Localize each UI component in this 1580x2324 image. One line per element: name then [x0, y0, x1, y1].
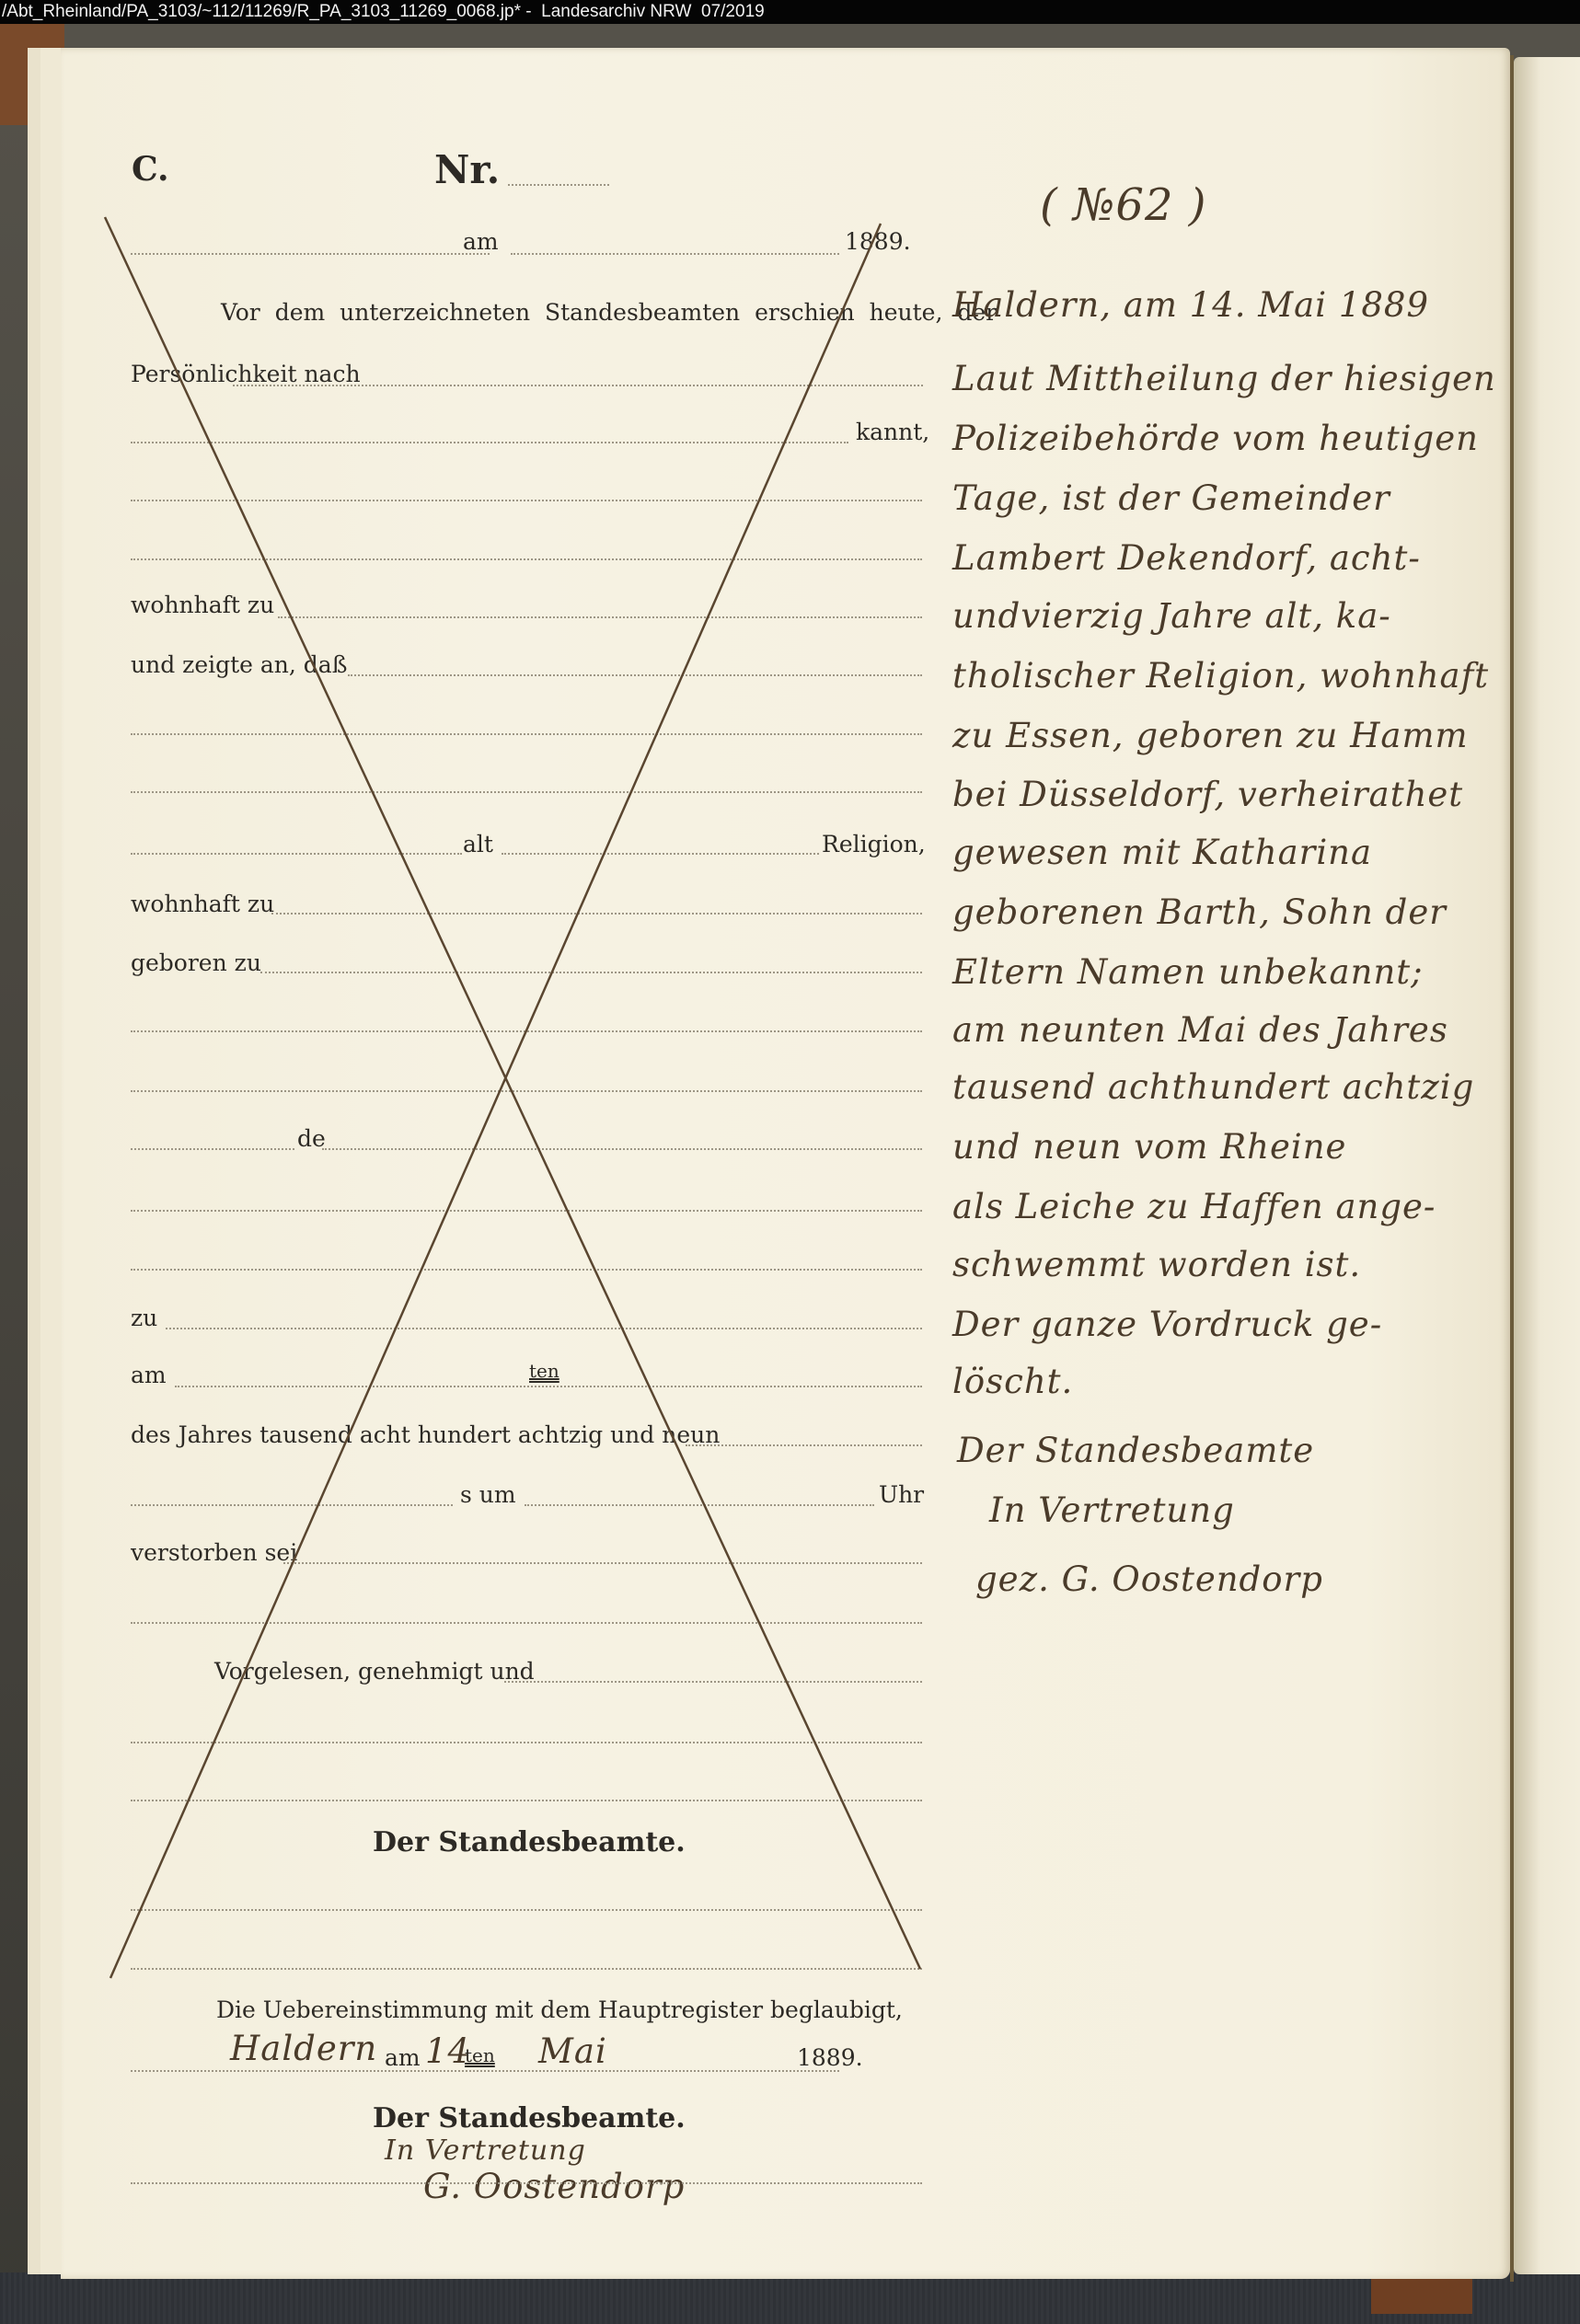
archive-title-bar: /Abt_Rheinland/PA_3103/~112/11269/R_PA_3…	[0, 0, 1580, 24]
entry-line: Haldern, am 14. Mai 1889	[952, 285, 1429, 325]
entry-line: zu Essen, geboren zu Hamm	[952, 716, 1469, 755]
entry-line: schwemmt worden ist.	[952, 1245, 1361, 1284]
entry-line: Tage, ist der Gemeinder	[952, 478, 1390, 518]
entry-line: am neunten Mai des Jahres	[952, 1010, 1448, 1050]
entry-line: undvierzig Jahre alt, ka-	[952, 596, 1391, 636]
entry-line: Eltern Namen unbekannt;	[952, 952, 1424, 992]
entry-line: gewesen mit Katharina	[952, 833, 1372, 872]
entry-line: löscht.	[952, 1362, 1073, 1401]
entry-line: geborenen Barth, Sohn der	[952, 892, 1447, 932]
entry-line: Lambert Dekendorf, acht-	[952, 538, 1421, 578]
entry-line: tholischer Religion, wohnhaft	[952, 656, 1489, 696]
entry-number: ( №62 )	[1040, 179, 1206, 231]
signature-line: Der Standesbeamte	[957, 1431, 1314, 1470]
entry-line: und neun vom Rheine	[952, 1127, 1346, 1167]
entry-line: als Leiche zu Haffen ange-	[952, 1187, 1436, 1226]
entry-line: Der ganze Vordruck ge-	[952, 1305, 1382, 1344]
entry-line: tausend achthundert achtzig	[952, 1067, 1474, 1107]
signature-line: In Vertretung	[989, 1490, 1235, 1530]
entry-line: Polizeibehörde vom heutigen	[952, 419, 1479, 458]
signature-line: gez. G. Oostendorp	[975, 1559, 1323, 1599]
entry-line: bei Düsseldorf, verheirathet	[952, 775, 1463, 814]
entry-line: Laut Mittheilung der hiesigen	[952, 359, 1496, 398]
